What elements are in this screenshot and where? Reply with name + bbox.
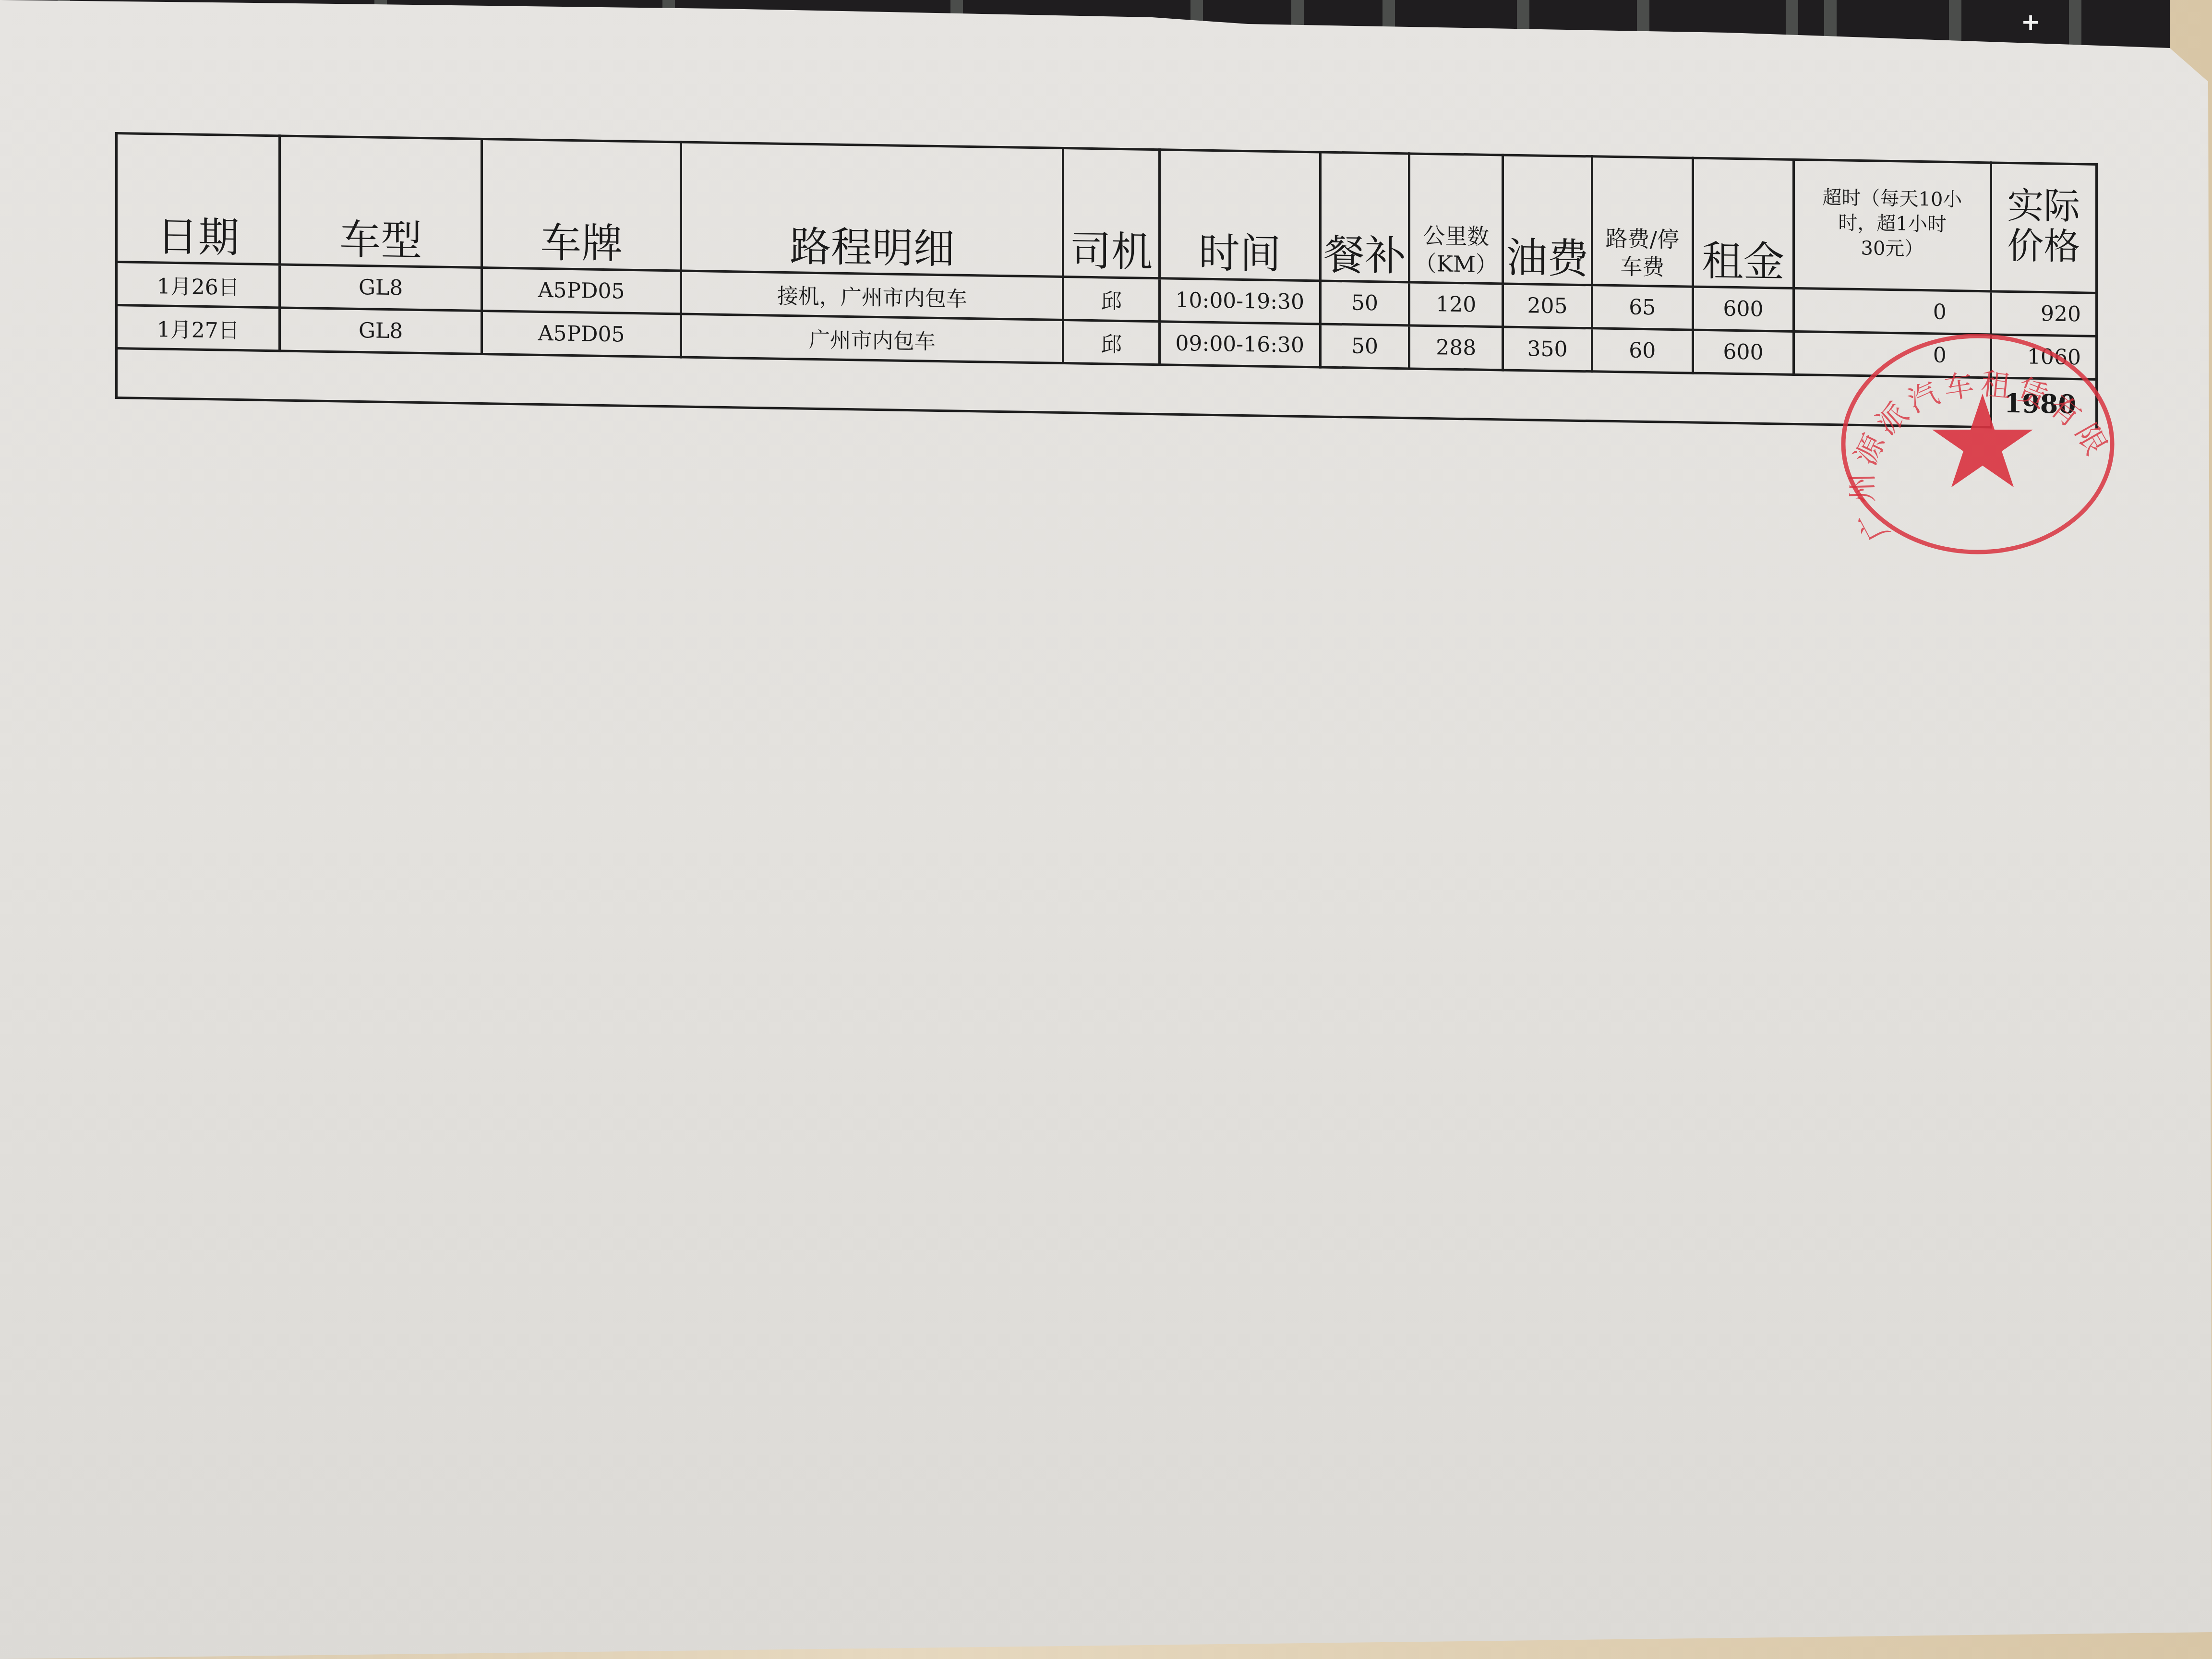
header-overtime-line: 30元） [1795,234,1989,262]
header-overtime-line: 超时（每天10小 [1795,184,1989,212]
cell-fuel: 350 [1503,327,1592,372]
header-meal: 餐补 [1321,152,1409,282]
header-model: 车型 [280,136,482,268]
cell-time: 10:00-19:30 [1159,278,1320,324]
cell-actual: 1060 [1991,335,2096,379]
header-actual: 实际 价格 [1991,163,2096,293]
cell-toll: 65 [1592,285,1693,330]
rental-statement-table: 日期 车型 车牌 路程明细 司机 时间 餐补 公里数 （KM） 油费 路费/停 … [115,132,2098,430]
header-driver: 司机 [1063,148,1159,278]
header-km-line: 公里数 [1410,222,1502,251]
cell-driver: 邱 [1063,277,1159,322]
cell-date: 1月27日 [117,305,280,351]
cell-plate: A5PD05 [481,267,681,314]
header-date: 日期 [117,133,280,264]
cell-toll: 60 [1592,328,1693,373]
cell-fuel: 205 [1503,284,1592,328]
header-toll: 路费/停 车费 [1592,156,1693,287]
cell-actual: 920 [1991,291,2096,336]
plus-key-icon: + [2021,9,2040,36]
header-plate: 车牌 [481,139,681,271]
header-fuel: 油费 [1503,155,1592,285]
cell-rent: 600 [1693,287,1793,331]
cell-route: 广州市内包车 [681,314,1063,363]
header-actual-line: 价格 [1992,225,2095,267]
header-time: 时间 [1159,150,1320,281]
header-km-line: （KM） [1410,250,1502,278]
cell-model: GL8 [280,264,482,311]
statement-table-container: 日期 车型 车牌 路程明细 司机 时间 餐补 公里数 （KM） 油费 路费/停 … [115,132,2098,430]
cell-driver: 邱 [1063,320,1159,365]
cell-meal: 50 [1321,281,1409,325]
header-km: 公里数 （KM） [1409,154,1503,284]
cell-overtime: 0 [1794,288,1991,334]
header-route: 路程明细 [681,142,1063,277]
header-actual-line: 实际 [1992,185,2095,227]
cell-km: 120 [1409,282,1503,327]
paper-sheet: 日期 车型 车牌 路程明细 司机 时间 餐补 公里数 （KM） 油费 路费/停 … [0,0,2212,1659]
cell-time: 09:00-16:30 [1159,322,1320,367]
cell-total: 1980 [1991,378,2096,429]
cell-rent: 600 [1693,330,1793,374]
cell-meal: 50 [1321,324,1409,369]
cell-plate: A5PD05 [481,311,681,357]
cell-date: 1月26日 [117,262,280,308]
header-overtime: 超时（每天10小 时，超1小时 30元） [1794,159,1991,291]
header-rent: 租金 [1693,158,1793,288]
cell-model: GL8 [280,308,482,354]
header-overtime-line: 时，超1小时 [1795,209,1989,237]
header-toll-line: 路费/停 [1593,225,1692,254]
header-toll-line: 车费 [1593,252,1692,282]
cell-route: 接机，广州市内包车 [681,271,1063,320]
cell-km: 288 [1409,325,1503,370]
cell-overtime: 0 [1794,331,1991,377]
